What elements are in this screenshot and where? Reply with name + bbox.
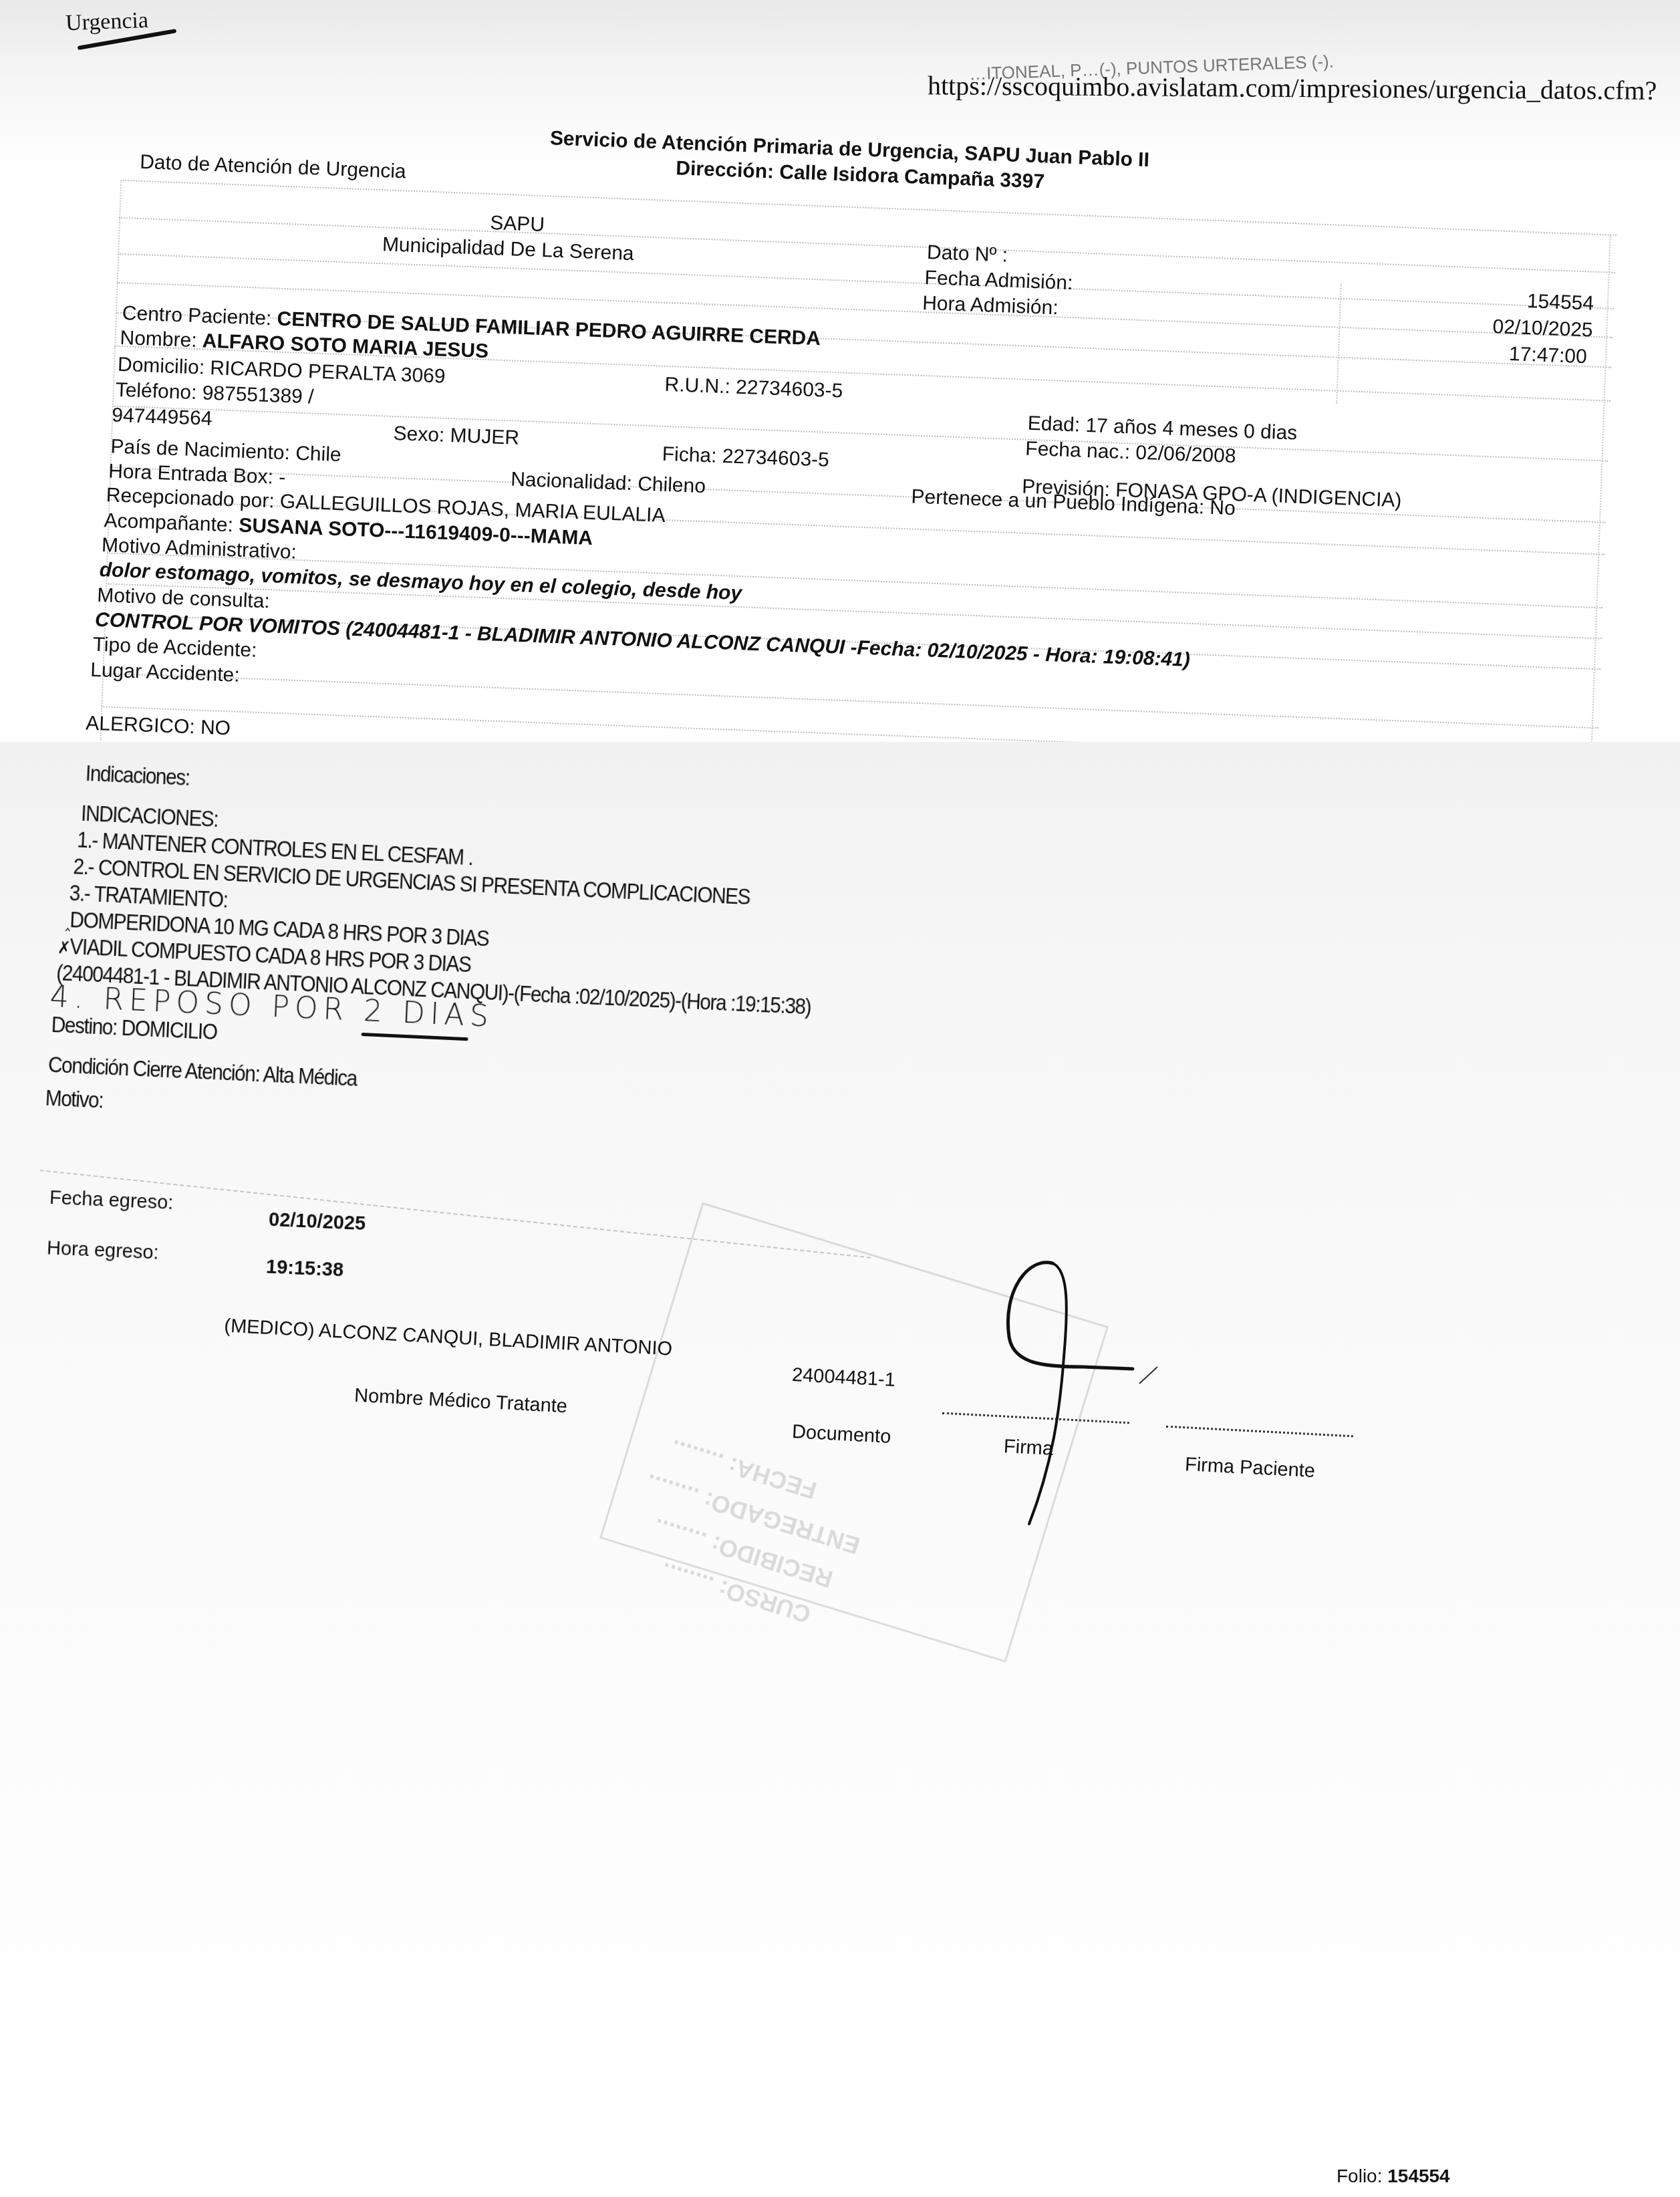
run: R.U.N.: 22734603-5	[664, 374, 843, 403]
hora-admision-label: Hora Admisión:	[922, 292, 1059, 319]
dato-value: 154554	[1526, 290, 1594, 315]
form-title: Dato de Atención de Urgencia	[140, 151, 407, 184]
nacionalidad: Nacionalidad: Chileno	[511, 468, 706, 498]
hora-egreso-value: 19:15:38	[265, 1256, 343, 1281]
indicaciones-heading: INDICACIONES:	[80, 801, 219, 832]
alergico: ALERGICO: NO	[86, 712, 231, 740]
telefono-value-1: 987551389 /	[202, 382, 314, 408]
telefono-value-2: 947449564	[112, 404, 213, 430]
edad-value: 17 años 4 meses 0 dias	[1085, 414, 1298, 444]
condicion-value: Alta Médica	[263, 1061, 358, 1090]
dato-label: Dato Nº :	[926, 241, 1008, 267]
condicion-cierre: Condición Cierre Atención: Alta Médica	[47, 1052, 357, 1091]
sexo-value: MUJER	[450, 424, 519, 449]
nacionalidad-value: Chileno	[638, 473, 706, 497]
motivo-label: Motivo:	[45, 1085, 104, 1114]
fecha-admision-value: 02/10/2025	[1492, 315, 1593, 342]
pais-value: Chile	[295, 442, 342, 466]
fecha-admision-label: Fecha Admisión:	[924, 267, 1073, 295]
run-value: 22734603-5	[736, 376, 843, 402]
folio: Folio: 154554	[1337, 2166, 1450, 2187]
ficha: Ficha: 22734603-5	[662, 443, 829, 472]
doctor-signature	[989, 1250, 1163, 1531]
hora-admision-value: 17:47:00	[1508, 343, 1587, 368]
indicaciones-label: Indicaciones:	[85, 761, 190, 791]
handwritten-underline	[362, 1033, 468, 1041]
folio-value: 154554	[1387, 2166, 1449, 2186]
fecha-nac: Fecha nac.: 02/06/2008	[1025, 438, 1236, 469]
ficha-value: 22734603-5	[722, 445, 829, 471]
tipo-accidente-label: Tipo de Accidente:	[92, 634, 257, 662]
fecha-egreso-value: 02/10/2025	[268, 1209, 366, 1235]
lugar-accidente-label: Lugar Accidente:	[90, 659, 241, 687]
org-municipality: Municipalidad De La Serena	[382, 233, 634, 265]
printed-sheet-upper: Urgencia …ITONEAL, P…(-), PUNTOS URTERAL…	[0, 0, 1680, 789]
org-sapu: SAPU	[490, 212, 545, 237]
form-body: Dato de Atención de Urgencia Servicio de…	[0, 0, 1680, 789]
destino-value: DOMICILIO	[121, 1015, 218, 1044]
sexo: Sexo: MUJER	[393, 422, 520, 450]
fecha-nac-value: 02/06/2008	[1135, 442, 1236, 467]
telefono: Teléfono: 987551389 /	[115, 379, 314, 409]
motivo-consulta-value: CONTROL POR VOMITOS (24004481-1 - BLADIM…	[94, 609, 1190, 672]
